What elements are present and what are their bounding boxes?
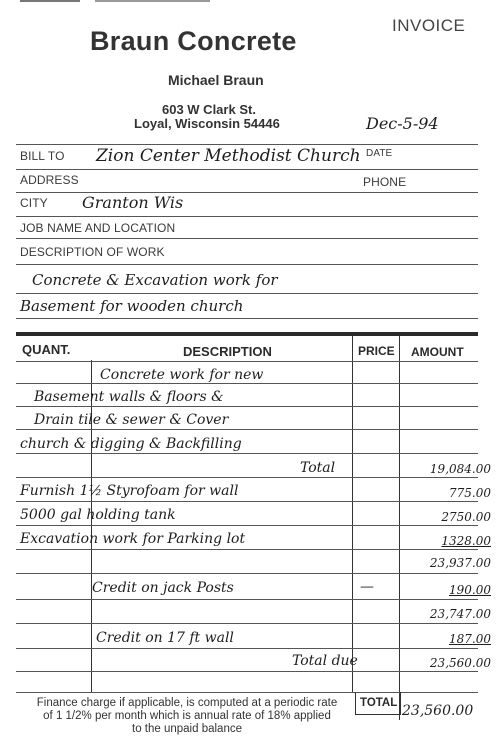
- row-rule: [16, 525, 478, 526]
- scan-edge-mark: [20, 0, 80, 2]
- table-row-amount: 190.00: [403, 583, 491, 597]
- table-row-amount: 19,084.00: [403, 462, 491, 476]
- column-divider: [91, 360, 92, 692]
- table-row-description: Total: [300, 460, 335, 476]
- table-row-amount: 2750.00: [403, 510, 491, 524]
- row-rule: [16, 453, 478, 454]
- city-label: CITY: [20, 196, 48, 210]
- total-label: TOTAL: [360, 697, 397, 709]
- table-row-price: —: [360, 579, 374, 595]
- row-rule: [16, 501, 478, 502]
- table-row-description: 5000 gal holding tank: [20, 507, 176, 523]
- city-value: Granton Wis: [82, 193, 183, 212]
- column-divider: [352, 336, 353, 692]
- row-rule: [16, 671, 478, 672]
- table-row-description: Total due: [292, 653, 358, 669]
- document-type-label: INVOICE: [392, 16, 465, 36]
- column-header-quant: QUANT.: [22, 342, 70, 357]
- bill-to-label: BILL TO: [20, 149, 65, 163]
- form-rule: [16, 238, 478, 239]
- table-row-description: Credit on 17 ft wall: [96, 630, 234, 646]
- company-street: 603 W Clark St.: [162, 102, 256, 117]
- total-value: 23,560.00: [402, 703, 473, 719]
- table-row-description: Credit on jack Posts: [92, 580, 234, 596]
- table-row-total-due: 23,560.00: [403, 656, 491, 670]
- form-rule: [16, 293, 478, 294]
- table-row-amount: 1328.00: [403, 534, 491, 548]
- column-header-description: DESCRIPTION: [183, 344, 272, 359]
- finance-note-line: of 1 1/2% per month which is annual rate…: [22, 710, 352, 723]
- finance-charge-note: Finance charge if applicable, is compute…: [22, 697, 352, 736]
- form-rule: [16, 169, 478, 170]
- description-of-work-label: DESCRIPTION OF WORK: [20, 245, 165, 259]
- finance-note-line: Finance charge if applicable, is compute…: [22, 697, 352, 710]
- column-divider: [399, 336, 400, 720]
- row-rule: [16, 361, 478, 362]
- date-label: DATE: [366, 148, 392, 159]
- bill-to-value: Zion Center Methodist Church: [96, 146, 361, 166]
- company-name: Braun Concrete: [90, 26, 297, 57]
- table-row-amount: 187.00: [403, 632, 491, 646]
- table-row-description: Furnish 1½ Styrofoam for wall: [20, 483, 238, 499]
- row-rule: [16, 429, 478, 430]
- table-row-description: Drain tile & sewer & Cover: [34, 412, 228, 428]
- finance-note-line: to the unpaid balance: [22, 723, 352, 736]
- form-rule: [16, 264, 478, 265]
- row-rule: [16, 648, 478, 649]
- table-row-description: Concrete work for new: [100, 367, 263, 383]
- form-rule: [16, 216, 478, 217]
- table-row-description: church & digging & Backfilling: [20, 436, 242, 452]
- row-rule: [16, 549, 478, 550]
- job-name-label: JOB NAME AND LOCATION: [20, 221, 175, 235]
- description-of-work-line-2: Basement for wooden church: [20, 297, 243, 315]
- table-row-subtotal: 23,747.00: [403, 607, 491, 621]
- company-city: Loyal, Wisconsin 54446: [134, 116, 280, 131]
- row-rule: [16, 623, 478, 624]
- table-row-description: Basement walls & floors &: [34, 389, 224, 405]
- form-rule: [16, 144, 478, 145]
- owner-name: Michael Braun: [168, 72, 264, 88]
- row-rule: [16, 477, 478, 478]
- table-row-description: Excavation work for Parking lot: [20, 531, 245, 547]
- column-header-price: PRICE: [358, 344, 395, 358]
- column-header-amount: AMOUNT: [411, 345, 464, 359]
- scan-edge-mark: [95, 0, 210, 2]
- row-rule: [16, 573, 478, 574]
- address-label: ADDRESS: [20, 173, 79, 187]
- table-row-subtotal: 23,937.00: [403, 556, 491, 570]
- row-rule: [16, 692, 478, 693]
- row-rule: [16, 383, 478, 384]
- table-row-amount: 775.00: [403, 486, 491, 500]
- description-of-work-line-1: Concrete & Excavation work for: [32, 271, 278, 289]
- table-top-rule: [16, 332, 478, 336]
- row-rule: [16, 599, 478, 600]
- form-rule: [16, 318, 478, 319]
- handwritten-date: Dec-5-94: [366, 114, 439, 133]
- row-rule: [16, 406, 478, 407]
- phone-label: PHONE: [363, 175, 406, 189]
